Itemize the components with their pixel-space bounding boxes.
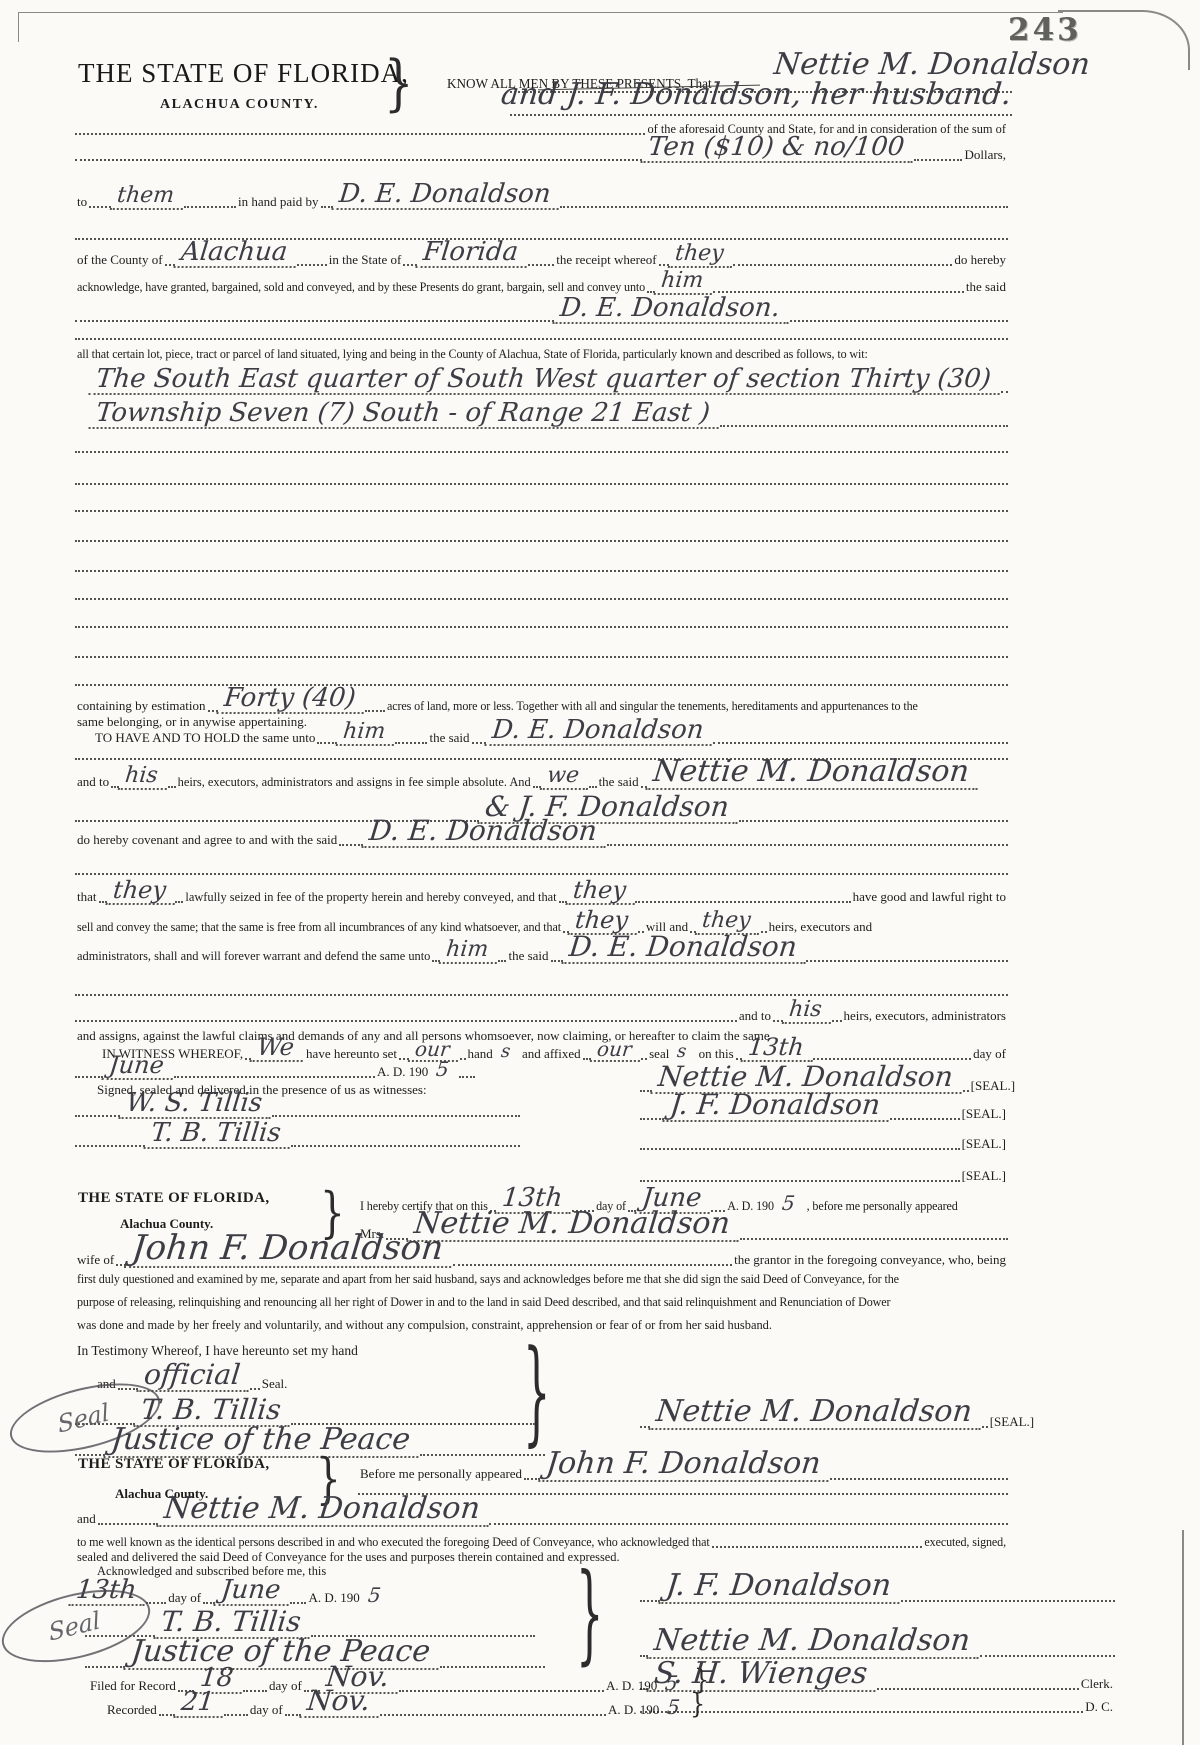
dotted-line bbox=[806, 960, 1008, 962]
dc-label: D. C. bbox=[1083, 1699, 1115, 1715]
dotted-line bbox=[713, 742, 1008, 744]
heirs-admin-label: heirs, executors, administrators bbox=[842, 1008, 1008, 1024]
handwritten-recorded-day: 21 bbox=[173, 1689, 225, 1718]
dotted-line bbox=[635, 901, 850, 903]
dotted-line bbox=[75, 159, 642, 161]
dotted-line bbox=[489, 1523, 1008, 1525]
dotted-line bbox=[89, 206, 111, 208]
amount-row: Ten ($10) & no/100 Dollars, bbox=[75, 129, 1008, 163]
seal-dot-label: Seal. bbox=[260, 1376, 290, 1392]
in-hand-label: in hand paid by bbox=[236, 194, 321, 210]
dotted-line bbox=[98, 1523, 158, 1525]
witness-row-2: T. B. Tillis bbox=[75, 1115, 520, 1149]
state-heading-2: THE STATE OF FLORIDA, bbox=[78, 1190, 269, 1207]
dotted-line bbox=[510, 114, 1012, 116]
dotted-line bbox=[720, 425, 1008, 427]
grantee-name-row: D. E. Donaldson. bbox=[75, 290, 1008, 324]
dotted-line bbox=[640, 1600, 660, 1602]
well-known-label: to me well known as the identical person… bbox=[75, 1535, 712, 1550]
grantor-being-label: the grantor in the foregoing conveyance,… bbox=[732, 1252, 1008, 1268]
handwritten-description-1: The South East quarter of South West qua… bbox=[88, 366, 1002, 395]
dotted-line bbox=[75, 656, 1008, 658]
handwritten-grantee: D. E. Donaldson bbox=[561, 933, 808, 964]
paid-by-row: to them in hand paid by D. E. Donaldson bbox=[75, 178, 1008, 210]
handwritten-they: they bbox=[667, 243, 734, 268]
in-state-label: in the State of bbox=[327, 252, 404, 268]
and-nettie-row: and Nettie M. Donaldson bbox=[75, 1487, 1008, 1527]
handwritten-his: his bbox=[782, 999, 833, 1024]
executed-signed-label: executed, signed, bbox=[922, 1535, 1008, 1550]
recorded-brace: } bbox=[690, 1690, 705, 1718]
dotted-line bbox=[640, 1180, 960, 1182]
dotted-line bbox=[640, 1148, 960, 1150]
dotted-line bbox=[640, 1711, 1083, 1713]
dower-signature-row: Nettie M. Donaldson [SEAL.] bbox=[640, 1392, 1008, 1430]
dotted-line bbox=[250, 1388, 260, 1390]
before-appeared-row: Before me personally appeared John F. Do… bbox=[358, 1442, 1008, 1482]
handwritten-payer: D. E. Donaldson bbox=[331, 181, 561, 210]
dower-paragraph-3: was done and made by her freely and volu… bbox=[75, 1318, 774, 1333]
containing-row: containing by estimation Forty (40) acre… bbox=[75, 680, 1015, 714]
dotted-line bbox=[75, 1076, 103, 1078]
dotted-line bbox=[640, 1118, 664, 1120]
official-seal-row: and official Seal. bbox=[95, 1358, 460, 1392]
dotted-line bbox=[712, 1546, 923, 1548]
dotted-line bbox=[75, 570, 1008, 572]
to-have-label: TO HAVE AND TO HOLD the same unto bbox=[93, 730, 317, 746]
dower-paragraph-1: first duly questioned and examined by me… bbox=[75, 1272, 901, 1287]
containing-label: containing by estimation bbox=[75, 698, 208, 714]
lawfully-label: lawfully seized in fee of the property h… bbox=[183, 890, 558, 905]
dotted-line bbox=[832, 1020, 842, 1022]
dotted-line bbox=[472, 742, 486, 744]
seal-bracket-label: [SEAL.] bbox=[960, 1168, 1008, 1184]
dotted-line bbox=[75, 483, 1008, 485]
handwritten-description-2: Township Seven (7) South - of Range 21 E… bbox=[88, 400, 721, 429]
dc-row: D. C. bbox=[640, 1695, 1115, 1715]
receipt-label: the receipt whereof bbox=[554, 252, 658, 268]
that-label: that bbox=[75, 889, 99, 905]
of-county-label: of the County of bbox=[75, 252, 165, 268]
dotted-line bbox=[75, 338, 1008, 340]
handwritten-official: official bbox=[136, 1361, 251, 1392]
wife-of-row: wife of John F. Donaldson the grantor in… bbox=[75, 1224, 1008, 1268]
well-known-row: to me well known as the identical person… bbox=[75, 1530, 1008, 1550]
handwritten-grantee: D. E. Donaldson. bbox=[553, 295, 792, 324]
good-right-label: have good and lawful right to bbox=[851, 889, 1008, 905]
handwritten-june: June bbox=[102, 1053, 176, 1080]
state-heading-3: THE STATE OF FLORIDA, bbox=[78, 1456, 269, 1473]
dotted-line bbox=[224, 1714, 248, 1716]
dotted-line bbox=[453, 1264, 732, 1266]
handwritten-him: him bbox=[439, 939, 500, 964]
dotted-line bbox=[75, 451, 1008, 453]
dotted-line bbox=[317, 742, 337, 744]
seal-bracket-label: [SEAL.] bbox=[988, 1414, 1036, 1430]
handwritten-june: June bbox=[214, 1577, 292, 1606]
dotted-line bbox=[184, 206, 236, 208]
handwritten-amount: Ten ($10) & no/100 bbox=[641, 134, 916, 163]
and-label: and bbox=[75, 1511, 98, 1527]
recorded-row: Recorded 21 day of Nov. A. D. 190 5 bbox=[105, 1684, 690, 1718]
dotted-line bbox=[285, 1714, 301, 1716]
the-said-label: the said bbox=[427, 730, 471, 746]
jp2-brace: } bbox=[576, 1560, 603, 1668]
dollars-label: Dollars, bbox=[962, 147, 1008, 163]
handwritten-husband-name: John F. Donaldson bbox=[124, 1231, 455, 1268]
testimony-label: In Testimony Whereof, I have hereunto se… bbox=[75, 1343, 360, 1359]
acres-label: acres of land, more or less. Together wi… bbox=[385, 699, 920, 714]
dotted-line bbox=[75, 510, 1008, 512]
june-ad-row: June A. D. 190 5 bbox=[75, 1050, 475, 1080]
dotted-line bbox=[733, 264, 952, 266]
before-personally-label: Before me personally appeared bbox=[358, 1466, 524, 1482]
seized-row: that they lawfully seized in fee of the … bbox=[75, 873, 1008, 905]
handwritten-jf-signature: J. F. Donaldson bbox=[662, 1091, 891, 1122]
ad-190-label: A. D. 190 bbox=[606, 1702, 661, 1718]
handwritten-county: Alachua bbox=[173, 239, 298, 268]
handwritten-john-f: John F. Donaldson bbox=[538, 1449, 832, 1482]
handwritten-his: his bbox=[118, 765, 169, 790]
dotted-line bbox=[607, 844, 1008, 846]
dotted-line bbox=[174, 1076, 375, 1078]
witness-row-1: W. S. Tillis bbox=[75, 1085, 520, 1119]
dotted-line bbox=[159, 1714, 175, 1716]
top-edge-line bbox=[18, 12, 1063, 13]
and-to-label: and to bbox=[737, 1008, 773, 1024]
dotted-line bbox=[890, 1118, 960, 1120]
dotted-line bbox=[365, 710, 385, 712]
handwritten-nettie-signature: Nettie M. Donaldson bbox=[648, 1397, 983, 1430]
dower-paragraph-2: purpose of releasing, relinquishing and … bbox=[75, 1295, 892, 1310]
dotted-line bbox=[790, 320, 1008, 322]
clerk-label: Clerk. bbox=[1079, 1676, 1115, 1692]
recorded-label: Recorded bbox=[105, 1702, 159, 1718]
handwritten-year-5: 5 bbox=[660, 1697, 691, 1718]
state-heading: THE STATE OF FLORIDA, bbox=[78, 58, 409, 89]
description-row-2: Township Seven (7) South - of Range 21 E… bbox=[90, 393, 1008, 429]
handwritten-him: him bbox=[336, 721, 397, 746]
dotted-line bbox=[339, 844, 363, 846]
handwritten-nettie-name: Nettie M. Donaldson bbox=[156, 1494, 491, 1527]
handwritten-recorded-month: Nov. bbox=[299, 1687, 381, 1718]
dotted-line bbox=[75, 598, 1008, 600]
to-have-row: TO HAVE AND TO HOLD the same unto him th… bbox=[93, 714, 1008, 746]
description-row-1: The South East quarter of South West qua… bbox=[90, 359, 1008, 395]
county-state-row: of the County of Alachua in the State of… bbox=[75, 236, 1008, 268]
handwritten-grantee: D. E. Donaldson bbox=[484, 717, 714, 746]
to-label: to bbox=[75, 194, 89, 210]
left-edge-tick bbox=[18, 12, 19, 42]
seal-signature-row-3: [SEAL.] bbox=[640, 1130, 1008, 1152]
seal-bracket-label: [SEAL.] bbox=[960, 1106, 1008, 1122]
dotted-line bbox=[830, 1478, 1008, 1480]
warrant-row: administrators, shall and will forever w… bbox=[75, 930, 1008, 964]
dotted-line bbox=[395, 742, 427, 744]
wife-of-label: wife of bbox=[75, 1252, 116, 1268]
the-said-label: the said bbox=[506, 948, 550, 964]
dotted-line bbox=[914, 159, 962, 161]
handwritten-plural-s: s bbox=[494, 1043, 521, 1062]
dotted-line bbox=[528, 264, 554, 266]
heirs-admin-row: and to his heirs, executors, administrat… bbox=[75, 994, 1008, 1024]
right-edge-line bbox=[1182, 1530, 1184, 1745]
dotted-line bbox=[75, 540, 1008, 542]
handwritten-grantee: D. E. Donaldson bbox=[362, 817, 609, 848]
covenant-label: do hereby covenant and agree to and with… bbox=[75, 832, 339, 848]
dotted-line bbox=[498, 960, 506, 962]
handwritten-them: them bbox=[110, 185, 186, 210]
warrant-label: administrators, shall and will forever w… bbox=[75, 949, 432, 964]
handwritten-jf-signature: J. F. Donaldson bbox=[658, 1571, 902, 1604]
handwritten-state: Florida bbox=[416, 239, 530, 268]
handwritten-witness-2: T. B. Tillis bbox=[143, 1120, 292, 1149]
dotted-line bbox=[75, 626, 1008, 628]
handwritten-year-5: 5 bbox=[429, 1059, 460, 1080]
dotted-line bbox=[297, 264, 327, 266]
dotted-line bbox=[877, 1688, 1079, 1690]
covenant-row: do hereby covenant and agree to and with… bbox=[75, 812, 1008, 848]
dotted-line bbox=[560, 206, 1008, 208]
handwritten-they: they bbox=[565, 878, 637, 905]
clerk-signature-row: S. H. Wienges Clerk. bbox=[640, 1652, 1115, 1692]
affixed-label: and affixed bbox=[520, 1046, 583, 1062]
handwritten-nettie-signature: Nettie M. Donaldson bbox=[645, 757, 980, 790]
do-hereby-label: do hereby bbox=[952, 252, 1008, 268]
day-of-label: day of bbox=[248, 1702, 285, 1718]
dotted-line bbox=[901, 1600, 1115, 1602]
seal-bracket-label: [SEAL.] bbox=[960, 1136, 1008, 1152]
dotted-line bbox=[75, 320, 554, 322]
header-brace: } bbox=[384, 52, 414, 113]
handwritten-grantor-names-2: and J. F. Donaldson, her husband. bbox=[493, 80, 1022, 111]
dotted-line bbox=[380, 1714, 606, 1716]
deed-document-page: 243 THE STATE OF FLORIDA, ALACHUA COUNTY… bbox=[0, 0, 1200, 1745]
handwritten-they: they bbox=[105, 878, 177, 905]
dotted-line bbox=[75, 1020, 737, 1022]
sealed-delivered-label: sealed and delivered the said Deed of Co… bbox=[75, 1550, 622, 1565]
dotted-line bbox=[459, 1076, 475, 1078]
handwritten-our: our bbox=[589, 1039, 642, 1062]
jf-final-signature-row: J. F. Donaldson bbox=[640, 1564, 1115, 1604]
seal-signature-row-4: [SEAL.] bbox=[640, 1162, 1008, 1184]
ad-190-label: A. D. 190 bbox=[375, 1064, 430, 1080]
handwritten-acreage: Forty (40) bbox=[216, 685, 367, 714]
county-heading: ALACHUA COUNTY. bbox=[160, 97, 319, 113]
dotted-line bbox=[75, 1145, 145, 1147]
dotted-line bbox=[291, 1145, 520, 1147]
seal-signature-row-2: J. F. Donaldson [SEAL.] bbox=[640, 1086, 1008, 1122]
dotted-line bbox=[175, 901, 183, 903]
heirs-row: and to his heirs, executors, administrat… bbox=[75, 754, 1075, 790]
handwritten-we: we bbox=[539, 765, 589, 790]
page-number: 243 bbox=[1008, 12, 1082, 48]
